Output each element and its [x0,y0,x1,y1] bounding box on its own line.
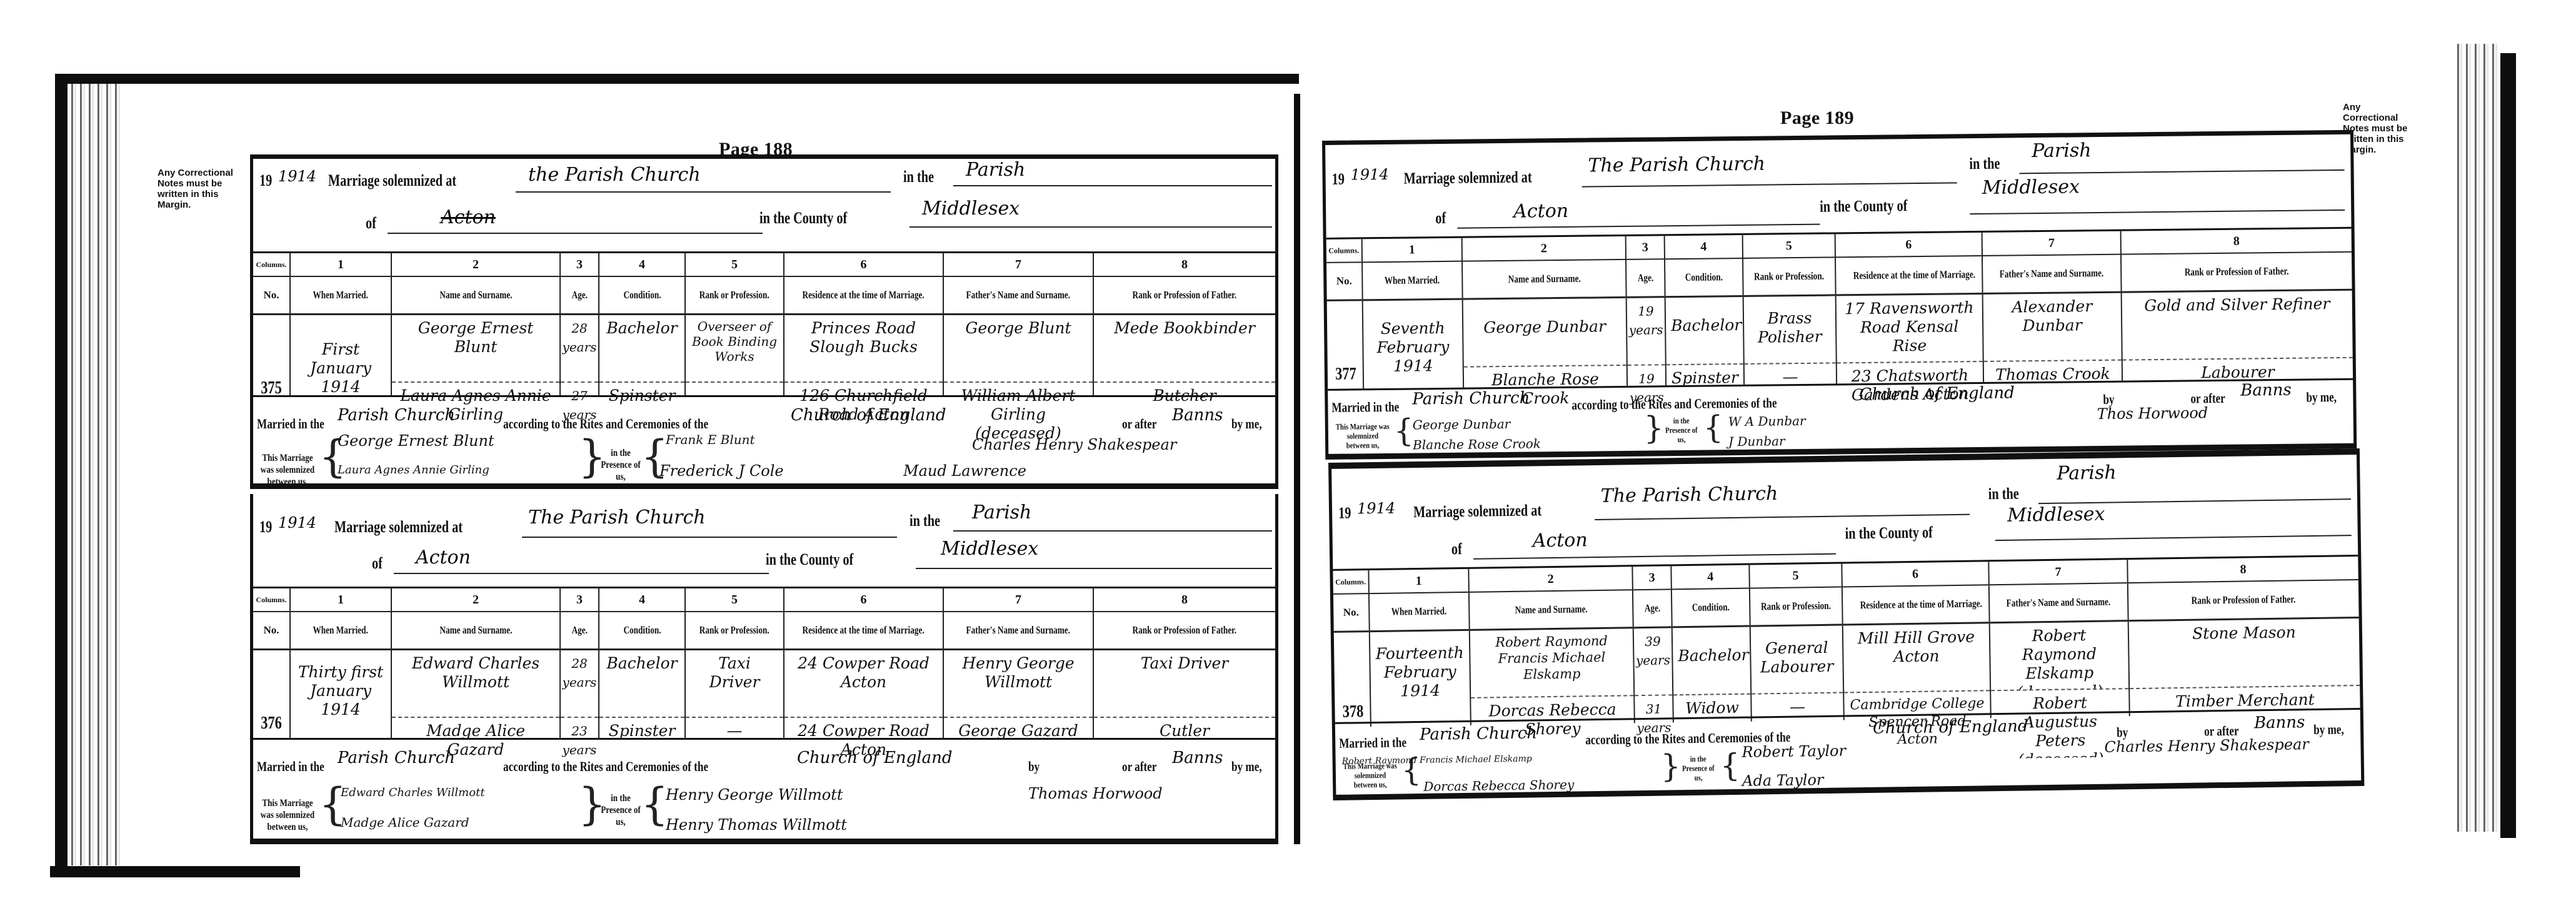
groom-rank: General Labourer [1751,626,1843,695]
married-in-value: Parish Church [338,406,455,425]
column-number: 8 [1094,588,1275,612]
no-label: No. [1326,263,1362,301]
margin-note-left: Any Correctional Notes must be written i… [158,168,245,210]
column-number: 2 [392,253,559,277]
groom-residence: Mill Hill Grove Acton [1843,623,1990,693]
columns-label: Columns. [253,253,289,277]
columns-label: Columns. [1333,570,1368,595]
officiant-signature: Thos Horwood [2097,404,2208,423]
rites-value: Church of England [797,749,953,767]
groom-rank: Overseer of Book Binding Works [686,315,783,383]
marriage-entry-378: 19 1914 Marriage solemnized at The Paris… [1328,448,2364,800]
column-header-name: Name and Surname. [1463,260,1626,300]
label-of: of [1451,540,1462,558]
column-number: 8 [1094,253,1275,277]
groom-name: Edward Charles Willmott [392,650,559,718]
groom-age: 28 years [561,315,598,383]
marriage-entry-376: 19 1914 Marriage solemnized at The Paris… [250,494,1278,844]
column-header-rank: Rank or Profession. [686,277,783,315]
after-value: Banns [2254,713,2305,732]
column-number: 3 [1633,566,1671,590]
label-in-the: in the [1969,154,2000,174]
column-header-name: Name and Surname. [392,612,559,650]
entry-header: 19 1914 Marriage solemnized at The Paris… [1331,455,2358,562]
no-label: No. [1333,594,1369,633]
groom-father: Henry George Willmott [944,650,1093,718]
in-the-value: Parish [966,159,1025,181]
column-number: 6 [1836,233,1982,258]
column-header-residence: Residence at the time of Marriage. [1836,256,1982,296]
column-number: 1 [291,253,391,277]
of-value: Acton [1533,529,1588,552]
label-in-the: in the [903,168,934,186]
married-in-value: Parish Church [1412,389,1530,409]
groom-father-rank: Gold and Silver Refiner [2122,291,2353,361]
rites-value: Church of England [791,406,946,425]
page-stack-left [68,84,124,865]
witness-signature-2: J Dunbar [1728,433,1785,449]
column-number: 4 [599,253,684,277]
column-number: 5 [686,588,783,612]
married-in-value: Parish Church [338,749,455,767]
label-married-in: Married in the [257,759,324,775]
witness-signature-3: Maud Lawrence [903,462,1026,480]
of-value: Acton [441,206,496,228]
groom-father-rank: Stone Mason [2129,618,2360,689]
marriage-entry-377: 19 1914 Marriage solemnized at The Paris… [1322,130,2357,460]
party-signature-2: Madge Alice Gazard [341,815,469,830]
column-header-name: Name and Surname. [1470,590,1633,631]
margin-note-right: Any Correctional Notes must be written i… [2343,102,2418,155]
column-number: 7 [944,253,1093,277]
entry-header: 19 1914 Marriage solemnized at The Paris… [1325,134,2351,238]
groom-age: 19 years [1627,298,1665,366]
column-header-father-rank: Rank or Profession of Father. [2128,580,2359,622]
groom-residence: 17 Ravensworth Road Kensal Rise [1837,295,1983,363]
solemnized-at-value: The Parish Church [1601,483,1778,507]
party-signature-2: Blanche Rose Crook [1413,436,1541,452]
party-signature-1: Edward Charles Willmott [341,786,485,799]
column-number: 5 [1750,564,1842,589]
groom-rank: Taxi Driver [686,650,783,718]
witness-signature-1: Frank E Blunt [666,432,755,447]
groom-name: Robert Raymond Francis Michael Elskamp [1470,628,1633,699]
column-header-residence: Residence at the time of Marriage. [784,612,943,650]
party-signature-1: George Dunbar [1413,416,1511,433]
column-header-age: Age. [561,277,598,315]
after-value: Banns [2240,381,2292,400]
no-label: No. [253,612,289,650]
column-header-condition: Condition. [599,277,684,315]
label-by-me: by me, [2313,721,2344,738]
column-number: 3 [1626,236,1664,260]
county-value: Middlesex [2007,503,2105,527]
witness-signature-1: Robert Taylor [1742,742,1846,760]
column-header-residence: Residence at the time of Marriage. [1843,585,1989,625]
of-value: Acton [416,547,471,568]
column-header-father-rank: Rank or Profession of Father. [1094,277,1275,315]
witness-signature-2: Frederick J Cole [659,462,784,480]
column-header-age: Age. [1633,590,1671,628]
column-number: 5 [1743,234,1835,259]
label-married-in: Married in the [1339,734,1406,752]
officiant-signature: Thomas Horwood [1028,785,1163,802]
column-number: 2 [392,588,559,612]
column-header-condition: Condition. [599,612,684,650]
groom-father: George Blunt [944,315,1093,383]
entry-number: 376 [261,714,282,734]
county-value: Middlesex [941,538,1038,560]
book-spine-shadow [1294,94,1300,844]
label-county: in the County of [766,550,853,569]
column-number: 8 [2128,557,2358,583]
column-number: 7 [944,588,1093,612]
book-cover-right [2500,53,2516,838]
label-this-marriage: This Marriage was solemnized between us, [1335,421,1391,450]
entry-header: 19 1914 Marriage solemnized at the Paris… [253,159,1275,251]
column-header-condition: Condition. [1672,589,1750,628]
of-value: Acton [1513,200,1568,223]
entry-year: 1914 [1350,166,1388,184]
in-the-value: Parish [2032,139,2092,162]
column-header-rank: Rank or Profession. [1750,588,1842,627]
label-by: by [1028,759,1040,775]
county-value: Middlesex [1982,176,2080,199]
label-solemnized-at: Marriage solemnized at [334,518,463,537]
groom-father: Alexander Dunbar [1983,293,2122,362]
groom-residence: Princes Road Slough Bucks [784,315,943,383]
label-or-after: or after [1122,416,1156,432]
book-cover-bottom [50,866,300,877]
witness-signature-2: Henry Thomas Willmott [666,816,847,834]
column-number: 3 [561,588,598,612]
columns-label: Columns. [1326,239,1361,263]
solemnized-at-value: the Parish Church [528,164,701,186]
column-header-father-name: Father's Name and Surname. [1990,583,2128,623]
label-county: in the County of [1845,523,1933,543]
no-label: No. [253,277,289,315]
page-number-right: Page 189 [1780,108,1854,129]
label-in-presence: in the Presence of us, [1663,416,1700,445]
married-in-value: Parish Church [1420,724,1537,744]
groom-condition: Bachelor [1666,297,1743,365]
columns-label: Columns. [253,588,289,612]
column-number: 2 [1463,236,1625,262]
column-number: 4 [1671,565,1749,590]
label-county: in the County of [1820,196,1908,216]
label-married-in: Married in the [257,416,324,432]
column-header-when-married: When Married. [1363,262,1462,301]
entry-year: 1914 [278,168,316,185]
column-number: 6 [784,588,943,612]
column-header-name: Name and Surname. [392,277,559,315]
groom-rank: Brass Polisher [1744,296,1836,365]
groom-name: George Ernest Blunt [392,315,559,383]
rites-value: Church of England [1859,383,2015,404]
officiant-signature: Charles Henry Shakespear [972,436,1176,453]
label-by-me: by me, [2306,389,2337,406]
party-signature-1: George Ernest Blunt [338,432,494,450]
label-of: of [372,554,383,573]
groom-age: 28 years [561,650,598,718]
in-the-value: Parish [2057,462,2117,484]
column-number: 1 [1369,569,1468,594]
label-according-to: according to the Rites and Ceremonies of… [503,416,708,432]
label-or-after: or after [1122,759,1156,775]
label-by-me: by me, [1231,759,1262,775]
label-by-me: by me, [1231,416,1262,432]
column-header-father-rank: Rank or Profession of Father. [1094,612,1275,650]
entry-year: 1914 [278,514,316,532]
groom-condition: Bachelor [599,315,684,383]
groom-residence: 24 Cowper Road Acton [784,650,943,718]
solemnized-at-value: The Parish Church [528,507,706,528]
label-in-the: in the [910,512,940,530]
column-number: 6 [784,253,943,277]
column-header-when-married: When Married. [291,277,391,315]
column-number: 8 [2122,229,2352,255]
column-number: 5 [686,253,783,277]
label-in-presence: in the Presence of us, [1680,754,1716,782]
column-header-rank: Rank or Profession. [1743,258,1835,297]
column-number: 7 [1989,560,2127,585]
column-header-condition: Condition. [1665,259,1743,298]
column-number: 1 [291,588,391,612]
label-of: of [1435,209,1446,228]
party-signature-2: Laura Agnes Annie Girling [338,463,489,477]
groom-condition: Bachelor [599,650,684,718]
label-married-in: Married in the [1331,399,1399,416]
marriage-entry-375: 19 1914 Marriage solemnized at the Paris… [250,154,1278,489]
witness-signature-2: Ada Taylor [1742,771,1824,790]
label-this-marriage: This Marriage was solemnized between us, [259,797,316,833]
groom-father-rank: Mede Bookbinder [1094,315,1275,383]
witness-signature-1: Henry George Willmott [666,786,843,804]
rites-value: Church of England [1873,717,2028,737]
label-in-the: in the [1988,485,2019,504]
witness-signature-1: W A Dunbar [1728,413,1806,429]
column-number: 4 [1665,235,1742,260]
groom-name: George Dunbar [1463,298,1626,368]
column-number: 2 [1469,567,1632,593]
column-number: 4 [599,588,684,612]
groom-father: Robert Raymond Elskamp (deceased) [1990,622,2128,691]
page-stack-right [2453,44,2500,832]
label-in-presence: in the Presence of us, [600,447,641,483]
party-signature-2: Dorcas Rebecca Shorey [1423,777,1574,794]
officiant-signature: Charles Henry Shakespear [2104,735,2309,756]
label-according-to: according to the Rites and Ceremonies of… [503,759,708,775]
entry-year: 1914 [1357,500,1395,518]
after-value: Banns [1172,749,1223,767]
groom-father-rank: Taxi Driver [1094,650,1275,718]
entry-header: 19 1914 Marriage solemnized at The Paris… [253,494,1275,587]
column-header-father-rank: Rank or Profession of Father. [2122,253,2352,293]
label-in-presence: in the Presence of us, [600,792,641,828]
solemnized-at-value: The Parish Church [1588,153,1765,177]
column-header-age: Age. [561,612,598,650]
county-value: Middlesex [922,198,1020,219]
label-solemnized-at: Marriage solemnized at [1413,501,1541,522]
book-cover-left [55,74,68,877]
column-header-when-married: When Married. [291,612,391,650]
column-number: 1 [1363,238,1461,263]
label-this-marriage: This Marriage was solemnized between us, [259,452,316,488]
column-header-when-married: When Married. [1370,593,1469,632]
column-header-father-name: Father's Name and Surname. [1983,255,2121,295]
label-county: in the County of [759,209,847,228]
in-the-value: Parish [972,502,1031,523]
column-header-rank: Rank or Profession. [686,612,783,650]
column-number: 3 [561,253,598,277]
book-cover-top [55,74,1299,84]
column-number: 6 [1842,562,1988,587]
column-header-father-name: Father's Name and Surname. [944,277,1093,315]
after-value: Banns [1172,406,1223,425]
column-header-father-name: Father's Name and Surname. [944,612,1093,650]
groom-age: 39 years [1634,628,1673,696]
label-solemnized-at: Marriage solemnized at [1403,168,1531,188]
entry-number: 378 [1343,702,1364,722]
label-of: of [366,214,376,233]
label-solemnized-at: Marriage solemnized at [328,171,456,190]
party-signature-1: Robert Raymond Francis Michael Elskamp [1342,754,1532,766]
groom-condition: Bachelor [1673,627,1750,696]
column-header-age: Age. [1626,260,1665,298]
column-header-residence: Residence at the time of Marriage. [784,277,943,315]
entry-number: 377 [1335,364,1356,384]
column-number: 7 [1983,231,2120,256]
label-according-to: according to the Rites and Ceremonies of… [1571,395,1777,413]
